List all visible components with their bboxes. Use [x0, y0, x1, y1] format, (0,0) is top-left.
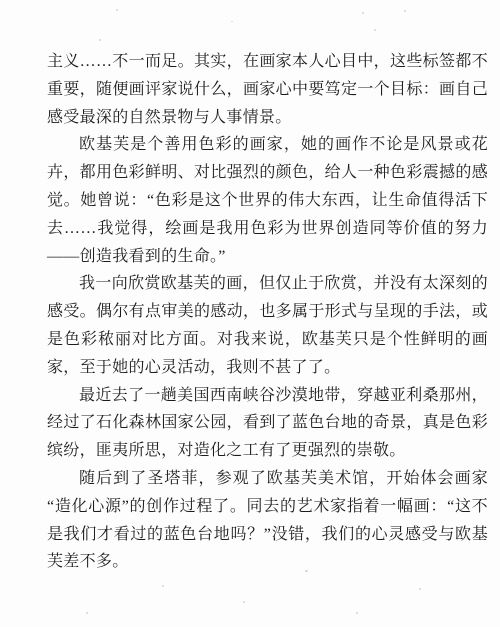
paragraph: 最近去了一趟美国西南峡谷沙漠地带，穿越亚利桑那州，经过了石化森林国家公园，看到了… [47, 382, 488, 465]
paragraph: 欧基芙是个善用色彩的画家，她的画作不论是风景或花卉，都用色彩鲜明、对比强烈的颜色… [47, 131, 488, 270]
scanned-page: 主义……不一而足。其实，在画家本人心目中，这些标签都不重要，随便画评家说什么，画… [0, 0, 500, 627]
scan-speck [374, 29, 376, 31]
scan-speck [86, 612, 88, 614]
scan-speck [99, 39, 101, 41]
paragraph: 随后到了圣塔菲，参观了欧基芙美术馆，开始体会画家“造化心源”的创作过程了。同去的… [47, 465, 488, 576]
scan-speck [362, 12, 364, 14]
scan-speck [243, 601, 245, 603]
paragraph-continuation: 主义……不一而足。其实，在画家本人心目中，这些标签都不重要，随便画评家说什么，画… [47, 48, 488, 131]
scan-speck [116, 9, 118, 11]
scan-speck [404, 10, 406, 12]
body-text: 主义……不一而足。其实，在画家本人心目中，这些标签都不重要，随便画评家说什么，画… [47, 48, 488, 576]
scan-speck [305, 570, 308, 572]
paragraph: 我一向欣赏欧基芙的画，但仅止于欣赏，并没有太深刻的感受。偶尔有点审美的感动，也多… [47, 270, 488, 381]
scan-speck [419, 588, 421, 590]
scan-speck [231, 21, 233, 22]
scan-speck [162, 585, 164, 587]
scan-speck [356, 612, 358, 614]
scan-speck [451, 196, 453, 198]
scan-speck [438, 336, 440, 338]
